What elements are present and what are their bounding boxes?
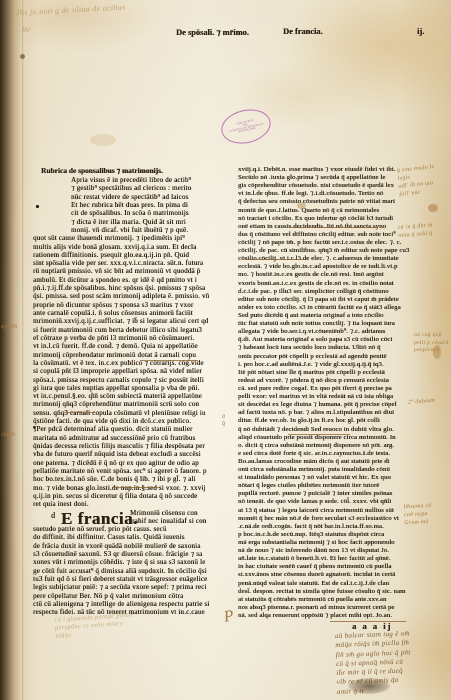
text-line: si inualidādo personas ⁊ nō valet statui… [238, 474, 430, 482]
top-inscription: Jhs jo nott g de oliua de actbus [16, 0, 256, 17]
text-line: si fuerit matrimoniū cum berta debetur i… [33, 327, 237, 335]
rubric-heading: Rubrica de sponsalibus ⁊ matrimonijs. [41, 166, 237, 175]
text-line: e sed circa dotē forte q̄ sic. ar.in.c.r… [238, 450, 430, 458]
text-line: q̄si. pmissa. sed post scām mrimonij adi… [33, 293, 237, 301]
text-line: si.xxv.ānos sine cōsensu duorū agnatorū.… [238, 571, 430, 579]
ink-underline-mark [288, 434, 350, 435]
text-line: momēt q̄ hec mān nō.ē de foro seculari s… [238, 515, 430, 523]
text-line: s3 cōsuetudinē saxonū. S3 qr diuersū cōs… [33, 551, 237, 559]
stain [20, 54, 25, 59]
ink-underline-mark [113, 487, 161, 488]
margin-note-right-b: cā in q̄ dn̄r m̄nota q̄ solū q̄ [398, 220, 451, 240]
stain [428, 204, 438, 212]
text-line: Grum mō [404, 517, 451, 528]
text-line: mo. ⁊ vide bonas glo.insti.de nup.in.§.s… [33, 485, 237, 493]
text-line: spōsa.i. pmissa respectu carnalis copule… [33, 377, 237, 385]
text-line: i. pro hoc.c.ad audiēnā.J.e. ⁊ vide gl.x… [238, 361, 430, 369]
text-line: pellatiōe maritate nō venit spōsa. sec⁹ … [33, 468, 237, 476]
book-edge-shadow [0, 0, 22, 700]
text-line: sint spōsalia vide per ser. xxx.q.v.i.c.… [33, 260, 237, 268]
text-line: rū nuptiarū pmissio. vn̄ sic bn̄t ad mri… [33, 268, 237, 276]
text-line: nō tractari i cōcilio. Ex quo infertur q… [238, 215, 430, 223]
text-line: sit descēdat ex lege diuina ⁊ humana. pō… [238, 401, 430, 409]
ink-underline-mark [140, 360, 198, 361]
margin-note-right-e: Im̄suma cōcnō nupaGrum mō [403, 501, 451, 527]
top-inscription-mark: lhr [22, 26, 31, 34]
library-stamp: BIBLIOTECADELCOLEGIO DE ABOGADOSBARCELON… [218, 105, 274, 148]
page-crease [22, 0, 24, 700]
text-line: nō cōg̊ q̄ep̄ [414, 332, 451, 340]
paragraph-1-indented: Apria visus ē in precedēti libro de acti… [33, 177, 237, 235]
text-line: monij. vn̄ dicaf. vbi fuit ihuētū ⁊ p qu… [71, 227, 237, 235]
text-line: do diffinit. ibi diffinitur. Casus talis… [33, 534, 237, 542]
text-line: de frācia duxit in vxorē quādā nobilē mu… [33, 543, 237, 551]
text-line: penā.nūqd valeat tale statuiū. Est de ca… [238, 580, 430, 588]
text-line: nā de nouo ⁊ sic inferendo dānū non 13 v… [238, 547, 430, 555]
smudge [348, 678, 390, 694]
text-line: nōder ex toto cōcilio. s3 in cōtrariū fa… [238, 304, 430, 312]
ink-underline-mark [63, 412, 95, 413]
text-line: in hac ciuitate senēn̄ cauef q̄ phens mr… [238, 563, 430, 571]
text-line: q̄ nō dubitādi ⁊ decidendi Sed reuoco in… [238, 426, 430, 434]
text-line: legis subijciatur pniē: ⁊ a secūda vxore… [33, 584, 237, 592]
text-line: rationem diffinitionis. psequit glo.ea.q… [33, 252, 237, 260]
text-line: maritata nō admitratur ad successiōnē pr… [33, 435, 237, 443]
text-line: one paterna. ⁊ dicēdū ē q̄ nō qr ex quo … [33, 460, 237, 468]
text-line: tūc fiat statuiū sub noīe totius concili… [238, 320, 430, 328]
text-line: ambulū. Et dicūtur a spondeo es. qr idē … [33, 277, 237, 285]
text-line: q̄ defectus seu omissio cōsuetudinis pat… [238, 198, 430, 206]
text-line: hoc bo.tex.in.l.nō sūe. C.de bonis q̄ li… [33, 476, 237, 484]
ink-underline-mark [330, 621, 406, 622]
text-line: mrimonij qn̄q3 cōprehendūtur matrimoniū … [33, 401, 237, 409]
text-line: mo. ⁊ hostiē.in.c.ex gestis de cle.nō re… [238, 271, 430, 279]
text-line: redeat ad vxorē. ⁊ pōdera q̄ nō dicu p c… [238, 377, 430, 385]
text-line: vt in.c.penul.§.eo. q̊tn̄ scōm subiectā … [33, 393, 237, 401]
text-line: ⁊ dicta ē iter illa maria. Quid āt sit m… [71, 219, 237, 227]
text-line: nō teneāt. de quo vide lamas p sede. cōl… [238, 498, 430, 506]
text-line: vxoris bonū.an.i.c.ex gestis de cle.nō r… [238, 280, 430, 288]
text-line: moniū de quo.J.latius. Quarto nō q̄ cā m… [238, 207, 430, 215]
text-line: q̄stiōne facti. de qua vide qō dixi in d… [33, 418, 237, 426]
text-line: ⁊ gestib⁹ spectātibus ad clericos : meri… [71, 185, 237, 193]
francia-heading: dE francia. [51, 509, 138, 533]
text-line: Bo.au.lamas crocodine mām dicōs q̄ aut s… [238, 458, 430, 466]
text-line: ad factū iuxta nō. p bar. ⁊ alios m.l.st… [238, 409, 430, 417]
text-line: trahif nec inualidaf si con [130, 518, 237, 526]
text-line: ctū cū alienigena ⁊ intellige de alienig… [33, 601, 237, 609]
text-line: cōcilij. de pac. cū similibus. qn̄q3 m̄ … [238, 247, 430, 255]
text-line: vt in.l.cū fuerit. ff.de cond̄. ⁊ demō. … [33, 343, 237, 351]
text-line: an̄.late in.c.statuiū ō beneti.li.vi. Et… [238, 555, 430, 563]
text-line: pere cōpellatur Ber. Nō p q̄ valet mrimo… [33, 593, 237, 601]
text-line: ¶Per pdcā determinaf alia questio. dicit… [33, 426, 237, 434]
text-line: mrimonij cōprehendatur mrimoniū dotat ā … [33, 352, 237, 360]
ink-underline-mark [247, 259, 305, 260]
folio-number: ij. [417, 27, 424, 36]
paragraph-1: quot sūt cause ihauendi mrimonij. ⁊ iped… [33, 235, 237, 426]
text-line: sensu. qn̄q3 carnali copula cōsūmatū vl … [33, 410, 237, 418]
printed-margin-dot [36, 205, 39, 208]
left-column: Rubrica de sponsalibus ⁊ matrimonijs. Ap… [33, 166, 237, 618]
stain [90, 134, 116, 146]
text-line: gi iura que tales nuptias appellat spons… [33, 385, 237, 393]
text-line: q̊ [222, 421, 225, 428]
text-line: omīs peccator pōt cōpelli p ecclesiā ad … [238, 353, 430, 361]
text-line: onū circa substānalia mrimonij. puta inu… [238, 466, 430, 474]
text-line: tu3 fuit qd ō si fieri deberet statuit v… [33, 576, 237, 584]
text-line: cit de spōsalibus. In scōa ō matrimonijs [71, 210, 237, 218]
text-line: nūc restat videre de spectātib⁹ ad laico… [71, 194, 237, 202]
text-line: q̄nidas decessa relictis filijs masculis… [33, 443, 237, 451]
text-line: proprie nō dicuntur spōsus ⁊ sponsa s3 m… [33, 302, 237, 310]
text-line: ⁊ habeant locū iura secūdo loco inducta.… [238, 344, 430, 352]
text-line: nōtari q̄ leges ciuiles phibētes mrimoni… [238, 482, 430, 490]
text-line: Mrimoniū cōsensu con [130, 510, 237, 518]
text-line: q.ij.in pin. secus si diceretur q̄ filia… [33, 493, 237, 501]
margin-note-right-a: q̄ sine mudo lelegisadl' iħ nō utafall' … [396, 161, 451, 199]
text-line: dest̄. despon. recitat in simila qōne fu… [238, 588, 430, 596]
text-line: p hoc.in.c.h.de secū.nup. Itēq3 statutus… [238, 531, 430, 539]
text-line: pn̄.i.⁊.ij.ff.de spōsalibus. hinc spōsus… [33, 285, 237, 293]
text-line: mrimoniū.xxvij.q.ij.c.sufficiat. ⁊ ib̄ s… [33, 318, 237, 326]
text-line: nā. sed alqa renuerunt oppōsiū ⁊ placet … [238, 612, 430, 620]
text-line: editur sub noīe cōcilij. q̄ l3 papa sū i… [238, 296, 430, 304]
text-line: et̄ cōtraxe p verba de pn̄ti l3 mrimoniū… [33, 335, 237, 343]
text-line: ditur. ff.de ver.ob. In glo.ij.in fi.ex … [238, 417, 430, 425]
stain [433, 345, 441, 359]
margin-note-mid: āq̊ [222, 414, 225, 428]
text-line: nos absq3 pīsenna.r. psonarū ad minus ic… [238, 604, 430, 612]
text-line: o. dicit q̄ circa substānā mrimonij disp… [238, 442, 430, 450]
text-line: ge cōtū fuit accusat⁹ q̄ dimissa aliā su… [33, 568, 237, 576]
francia-section: dE francia. Mrimoniū cōsensu contrahif n… [33, 510, 237, 618]
text-line: xones vn̄t i mrimonijs cōhēdis. ⁊ iste q… [33, 559, 237, 567]
text-line: pelli vxor: vel maritus vt in vltā redeā… [238, 393, 430, 401]
ink-underline-mark [290, 227, 378, 228]
library-stamp-text: BIBLIOTECADELCOLEGIO DE ABOGADOSBARCELON… [228, 117, 264, 135]
guide-letter: d [51, 511, 55, 520]
text-line: si copulā pn̄t l3 improprie appellari sp… [33, 368, 237, 376]
text-line: Sed puto dicēdū q̄ aut materia originaf … [238, 312, 430, 320]
margin-note-left-a: applm̄ [1, 324, 18, 330]
text-line: ecclesiā. ⁊ vide bo.glo.in.c.ad apostoli… [238, 263, 430, 271]
text-line: .c.nā.de ordi.cogūs. facit q̄ nōt bar.in… [238, 523, 430, 531]
text-line: at 13 q̄ statua ⁊ legeu laicorū circa mr… [238, 507, 430, 515]
running-title-right: De francia. [283, 27, 323, 36]
text-line: q̄.di. Aut materia originaf a solo papa … [238, 336, 430, 344]
margin-note-left-b: statm̄ [1, 432, 16, 438]
text-line: pelli p̄ cēsurā [414, 340, 451, 348]
text-line: Apria visus ē in precedēti libro de acti… [71, 177, 237, 185]
text-line: multis alijs vide bonā glosam. xxvij.q.i… [33, 244, 237, 252]
text-line: quot sūt cause ihauendi mrimonij. ⁊ iped… [33, 235, 237, 243]
text-line: allegata ⁊ vide bo.ser.i.q.vi.cōueniēnb⁹… [238, 328, 430, 336]
text-line: d.c.i.de pac. p illu3 ser. simpliciter c… [238, 288, 430, 296]
text-line: cā. sed pure redire cogaf. Ex quo pōt īf… [238, 385, 430, 393]
text-line: mā erga substantialia mrimonij ⁊ si hoc … [238, 539, 430, 547]
text-line: Et hec rubrica hēt duas pres. In pima di [71, 202, 237, 210]
francia-body: suetudo patrie nō seruef. prio pōt casus… [33, 526, 237, 617]
paragraph-2: ¶Per pdcā determinaf alia questio. dicit… [33, 426, 237, 509]
text-line: ā [222, 414, 225, 421]
text-line: Itē pōt nōtari sine lle q̄ maritus pōt c… [238, 369, 430, 377]
running-title-left: De spōsali. ⁊ mr̄imo. [176, 27, 249, 37]
bottom-left-note: cū i glosendo panigē possitperspōne re o… [54, 611, 134, 640]
text-line: vba de futuro querif nūquid ista debeat … [33, 451, 237, 459]
stain [297, 202, 306, 209]
text-line: la cōsūmatū. vt ē tex. in.c.ex publico ⁊… [33, 360, 237, 368]
text-line: cōcilij ⁊ nō pape tm̄. p hoc faciūt ser.… [238, 239, 430, 247]
incunable-page-scan: De spōsali. ⁊ mr̄imo. De francia. ij. Jh… [0, 0, 451, 700]
text-line: at statuiūs q̄ cōtrahēs mrimoniū cū puel… [238, 596, 430, 604]
